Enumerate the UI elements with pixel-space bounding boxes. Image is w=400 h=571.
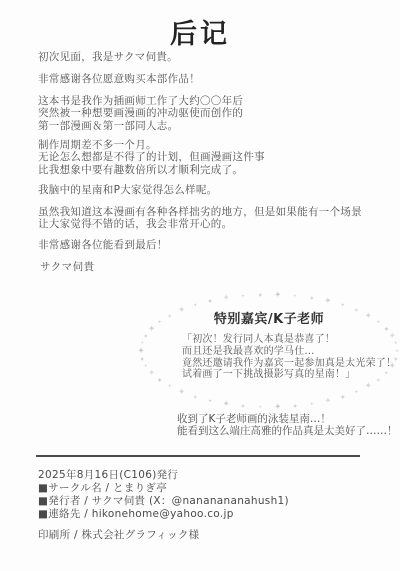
- sparkle-icon: ✦: [222, 400, 230, 409]
- sparkle-icon: ✦: [192, 394, 198, 401]
- sparkle-icon: ✦: [241, 295, 245, 300]
- guest-quote: 「初次！发行同人本真是恭喜了！ 而且还是我最喜欢的学马仕… 竟然还邀请我作为嘉宾…: [182, 334, 396, 381]
- sparkle-icon: ✦: [139, 356, 145, 363]
- sparkle-icon: ✦: [222, 295, 230, 304]
- guest-quote-line: 「初次！发行同人本真是恭喜了！: [182, 334, 396, 346]
- colophon-contact: ■連絡先 / hikonehome@yahoo.co.jp: [38, 506, 234, 521]
- afterword-page: 后记 初次见面，我是サクマ伺貴。 非常感谢各位愿意购买本部作品！ 这本书是我作为…: [0, 0, 400, 571]
- colophon-printer: 印刷所 / 株式会社グラフィック様: [38, 527, 199, 542]
- afterword-line: 制作周期差不多一个月。: [38, 139, 265, 151]
- sparkle-icon: ✦: [340, 394, 346, 401]
- afterword-line: 我脑中的星南和P大家觉得怎么样呢。: [38, 184, 217, 196]
- author-signature: サクマ伺貴: [40, 259, 95, 274]
- sparkle-icon: ✦: [208, 399, 212, 404]
- afterword-paragraph: 这本书是我作为插画师工作了大约〇〇年后 突然被一种想要画漫画的冲动驱使而创作的 …: [38, 95, 243, 132]
- afterword-line: 第一部漫画＆第一部同人志。: [38, 120, 243, 132]
- guest-quote-line: 竟然还邀请我作为嘉宾一起参加真是太光荣了！: [182, 358, 396, 370]
- guest-title: 特别嘉宾/K子老师: [136, 308, 400, 327]
- sparkle-icon: ✦: [140, 342, 144, 347]
- sparkle-icon: ✦: [365, 383, 373, 392]
- guest-quote-line: 试着画了一下挑战摄影写真的星南！」: [182, 369, 396, 381]
- guest-comment-bubble: ✦✦✦✦✦✦✦✦✦✦✦✦✦✦✦✦✦✦✦✦✦✦✦✦✦✦✦✦✦✦✦✦✦✦✦✦✦✦✦✦…: [136, 293, 400, 412]
- sparkle-icon: ✦: [354, 390, 358, 395]
- afterword-line: 无论怎么想都是不得了的计划，但画漫画这件事: [38, 151, 265, 163]
- page-title: 后记: [0, 12, 400, 51]
- sparkle-icon: ✦: [168, 385, 172, 390]
- afterword-paragraph: 非常感谢各位愿意购买本部作品！: [38, 73, 200, 85]
- afterword-line: 比我想象中要有趣数倍所以才顺利完成了。: [38, 164, 265, 176]
- afterword-paragraph: 虽然我知道这本漫画有各种各样拙劣的地方，但是如果能有一个场景 让大家觉得不错的话…: [38, 206, 362, 231]
- sparkle-icon: ✦: [292, 403, 298, 410]
- sparkle-icon: ✦: [309, 296, 315, 303]
- sparkle-icon: ✦: [178, 388, 186, 397]
- sparkle-icon: ✦: [257, 293, 263, 300]
- sparkle-icon: ✦: [207, 299, 213, 306]
- sparkle-icon: ✦: [310, 402, 314, 407]
- afterword-line: 突然被一种想要画漫画的冲动驱使而创作的: [38, 107, 243, 119]
- afterword-paragraph: 制作周期差不多一个月。 无论怎么想都是不得了的计划，但画漫画这件事 比我想象中要…: [38, 139, 265, 176]
- afterword-line: 非常感谢各位能看到最后！: [38, 239, 168, 251]
- guest-note-line: 收到了K子老师画的泳装星南…！: [177, 413, 398, 425]
- sparkle-icon: ✦: [324, 397, 332, 406]
- sparkle-icon: ✦: [293, 295, 297, 300]
- sparkle-icon: ✦: [274, 403, 282, 412]
- sparkle-icon: ✦: [137, 348, 145, 357]
- guest-note: 收到了K子老师画的泳装星南…！ 能看到这么端庄高雅的作品真是太美好了……！: [177, 413, 398, 438]
- afterword-line: 初次见面，我是サクマ伺貴。: [38, 51, 178, 63]
- afterword-line: 非常感谢各位愿意购买本部作品！: [38, 73, 200, 85]
- afterword-paragraph: 我脑中的星南和P大家觉得怎么样呢。: [38, 184, 217, 196]
- sparkle-icon: ✦: [144, 365, 148, 370]
- sparkle-icon: ✦: [148, 370, 156, 379]
- sparkle-icon: ✦: [143, 333, 149, 340]
- afterword-line: 这本书是我作为插画师工作了大约〇〇年后: [38, 95, 243, 107]
- guest-quote-line: 而且还是我最喜欢的学马仕…: [182, 346, 396, 358]
- afterword-line: 虽然我知道这本漫画有各种各样拙劣的地方，但是如果能有一个场景: [38, 206, 362, 218]
- sparkle-icon: ✦: [157, 378, 163, 385]
- guest-note-line: 能看到这么端庄高雅的作品真是太美好了……！: [177, 425, 398, 437]
- afterword-paragraph: 非常感谢各位能看到最后！: [38, 239, 168, 251]
- afterword-paragraph: 初次见面，我是サクマ伺貴。: [38, 51, 178, 63]
- divider-line: [36, 455, 360, 457]
- sparkle-icon: ✦: [258, 405, 262, 410]
- sparkle-icon: ✦: [274, 292, 282, 301]
- sparkle-icon: ✦: [324, 298, 332, 307]
- afterword-line: 让大家觉得不错的话，我会非常开心的。: [38, 218, 362, 230]
- sparkle-icon: ✦: [240, 403, 246, 410]
